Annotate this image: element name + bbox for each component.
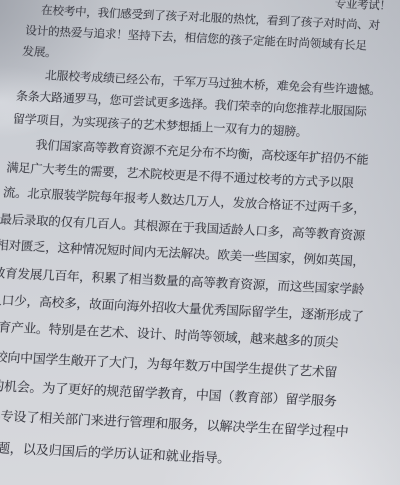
letter-photo: 专业考试！在校考中，我们感受到了孩子对北服的热忱，看到了孩子对时尚、对设计的热爱… xyxy=(0,0,400,485)
letter-body: 专业考试！在校考中，我们感受到了孩子对北服的热忱，看到了孩子对时尚、对设计的热爱… xyxy=(0,0,400,483)
